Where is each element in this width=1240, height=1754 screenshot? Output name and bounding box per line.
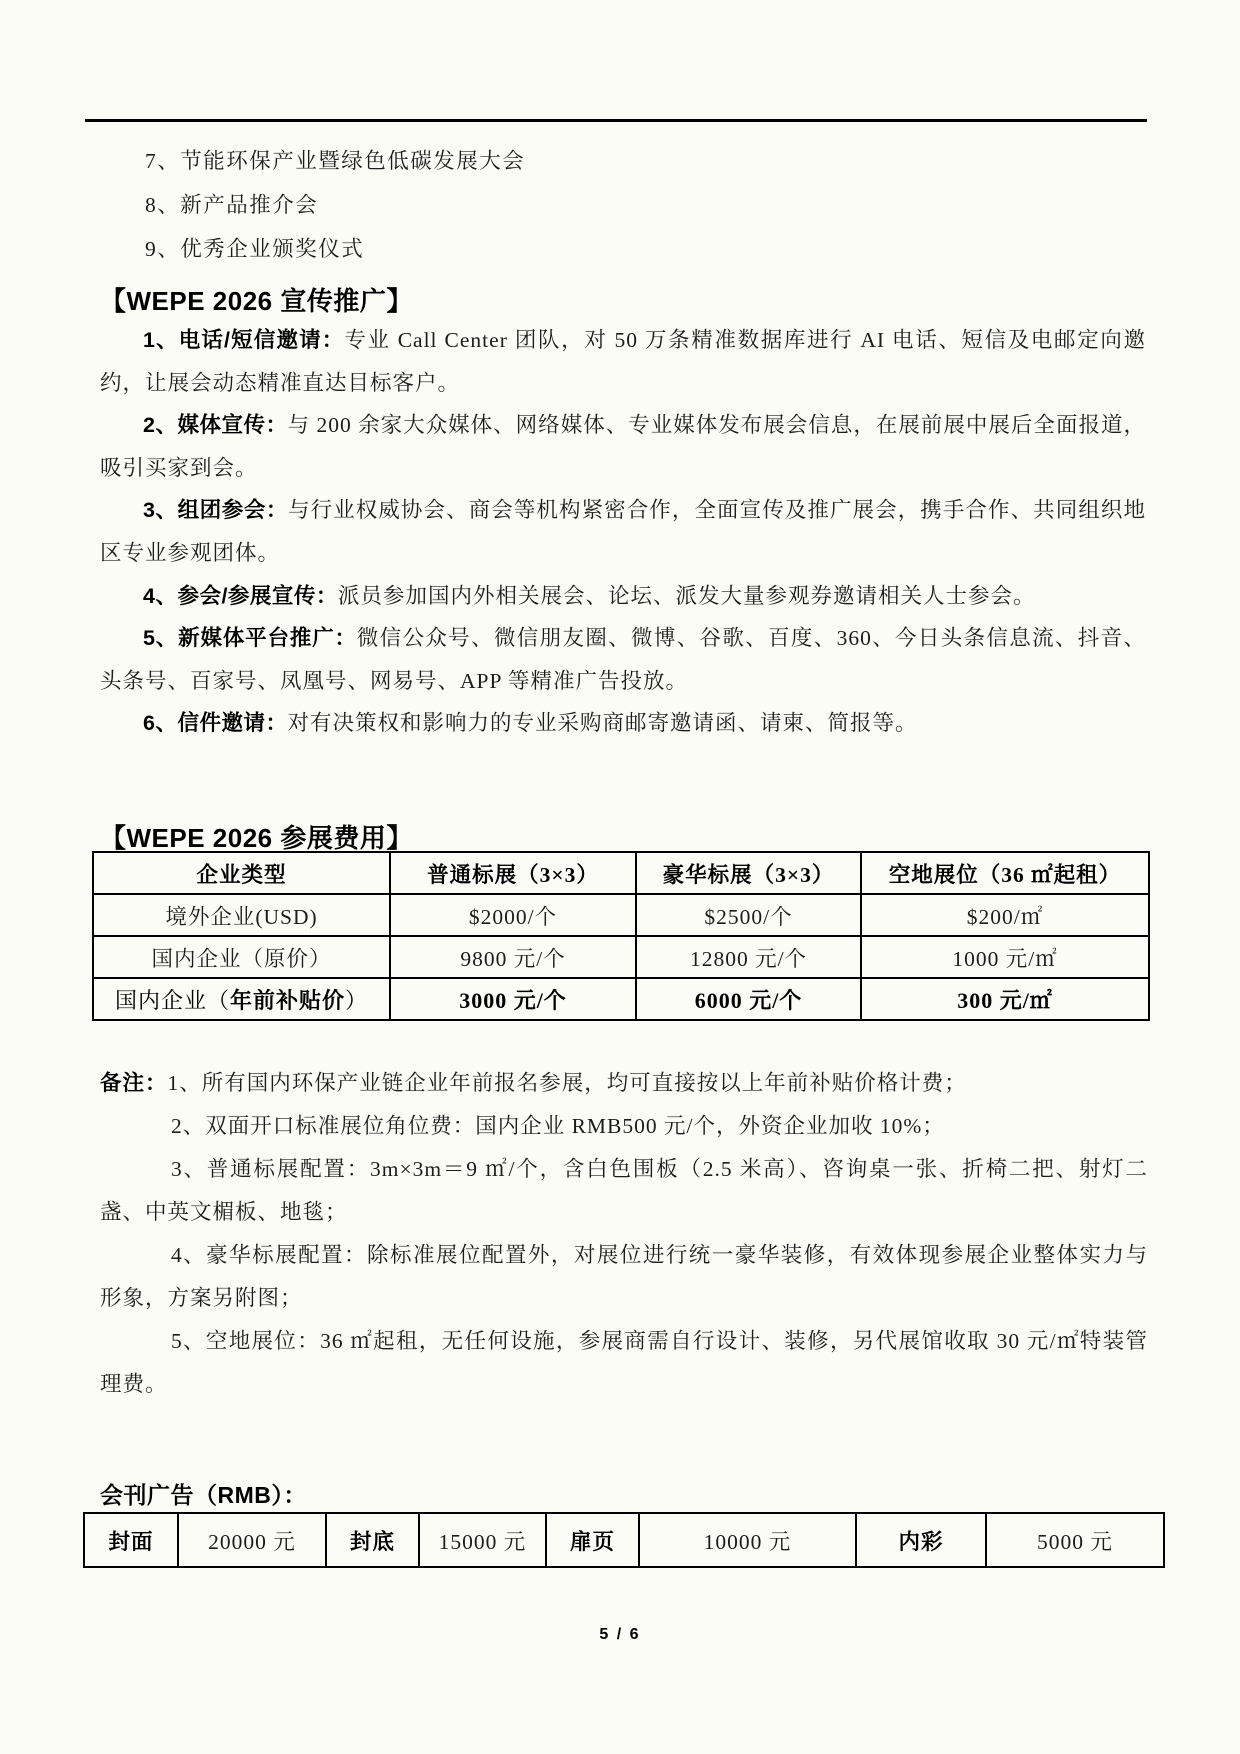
promotion-section-heading: 【WEPE 2026 宣传推广】 — [100, 281, 413, 318]
fee-table-cell: 1000 元/㎡ — [861, 936, 1149, 978]
fee-table-cell: $2500/个 — [636, 894, 861, 936]
subsidy-label-prefix: 国内企业（ — [115, 988, 230, 1013]
fee-table-header-cell: 普通标展（3×3） — [390, 852, 636, 894]
note-item: 备注：1、所有国内环保产业链企业年前报名参展，均可直接按以上年前补贴价格计费； — [100, 1062, 1148, 1105]
fee-table-cell: 6000 元/个 — [636, 978, 861, 1020]
promotion-item-label: 3、组团参会： — [143, 498, 288, 522]
promotion-item-label: 6、信件邀请： — [143, 711, 287, 735]
fee-table-cell: 300 元/㎡ — [861, 978, 1149, 1020]
note-item: 2、双面开口标准展位角位费：国内企业 RMB500 元/个，外资企业加收 10%… — [100, 1105, 1148, 1148]
promotion-item: 2、媒体宣传：与 200 余家大众媒体、网络媒体、专业媒体发布展会信息，在展前展… — [100, 404, 1146, 489]
promotion-item: 4、参会/参展宣传：派员参加国内外相关展会、论坛、派发大量参观券邀请相关人士参会… — [100, 575, 1146, 618]
notes-label: 备注： — [100, 1071, 168, 1095]
list-item: 9、优秀企业颁奖仪式 — [145, 227, 525, 271]
promotion-item-label: 2、媒体宣传： — [143, 413, 288, 437]
promotion-item: 1、电话/短信邀请：专业 Call Center 团队，对 50 万条精准数据库… — [100, 319, 1146, 404]
fee-table-row-overseas: 境外企业(USD) $2000/个 $2500/个 $200/㎡ — [93, 894, 1149, 936]
note-item: 3、普通标展配置：3m×3m＝9 ㎡/个，含白色围板（2.5 米高）、咨询桌一张… — [100, 1148, 1148, 1234]
journal-ad-price: 20000 元 — [178, 1513, 326, 1567]
promotion-item: 6、信件邀请：对有决策权和影响力的专业采购商邮寄邀请函、请柬、简报等。 — [100, 702, 1146, 745]
header-divider-rule — [85, 119, 1147, 122]
journal-ad-price: 5000 元 — [986, 1513, 1164, 1567]
page-number: 5 / 6 — [0, 1626, 1240, 1644]
fee-table-cell: $200/㎡ — [861, 894, 1149, 936]
fee-table-cell: 12800 元/个 — [636, 936, 861, 978]
note-item: 4、豪华标展配置：除标准展位配置外，对展位进行统一豪华装修，有效体现参展企业整体… — [100, 1234, 1148, 1320]
fee-table-header-row: 企业类型 普通标展（3×3） 豪华标展（3×3） 空地展位（36 ㎡起租） — [93, 852, 1149, 894]
journal-ad-label: 封底 — [326, 1513, 419, 1567]
promotion-item-label: 5、新媒体平台推广： — [143, 626, 357, 650]
promotion-item-text: 对有决策权和影响力的专业采购商邮寄邀请函、请柬、简报等。 — [287, 711, 917, 735]
conference-activities-list: 7、节能环保产业暨绿色低碳发展大会 8、新产品推介会 9、优秀企业颁奖仪式 — [145, 139, 525, 271]
fee-table-cell: 境外企业(USD) — [93, 894, 390, 936]
promotion-item-label: 1、电话/短信邀请： — [143, 328, 344, 352]
document-page: 7、节能环保产业暨绿色低碳发展大会 8、新产品推介会 9、优秀企业颁奖仪式 【W… — [0, 0, 1240, 1754]
note-item: 5、空地展位：36 ㎡起租，无任何设施，参展商需自行设计、装修，另代展馆收取 3… — [100, 1320, 1148, 1406]
fee-table-header-cell: 空地展位（36 ㎡起租） — [861, 852, 1149, 894]
note-text: 1、所有国内环保产业链企业年前报名参展，均可直接按以上年前补贴价格计费； — [168, 1071, 967, 1095]
fee-table-cell: 9800 元/个 — [390, 936, 636, 978]
fee-table-cell: 国内企业（年前补贴价） — [93, 978, 390, 1020]
exhibition-fee-table: 企业类型 普通标展（3×3） 豪华标展（3×3） 空地展位（36 ㎡起租） 境外… — [92, 851, 1150, 1021]
fee-table-cell: 国内企业（原价） — [93, 936, 390, 978]
journal-ad-price: 10000 元 — [639, 1513, 856, 1567]
fee-table-cell: $2000/个 — [390, 894, 636, 936]
journal-ads-heading: 会刊广告（RMB）： — [100, 1477, 307, 1510]
promotion-item-text: 派员参加国内外相关展会、论坛、派发大量参观券邀请相关人士参会。 — [338, 584, 1036, 608]
subsidy-label-bold: 年前补贴价 — [230, 988, 345, 1013]
fees-section-heading: 【WEPE 2026 参展费用】 — [100, 818, 413, 855]
fee-table-header-cell: 企业类型 — [93, 852, 390, 894]
journal-ad-label: 扉页 — [546, 1513, 639, 1567]
subsidy-label-suffix: ） — [345, 988, 368, 1013]
fee-table-row-domestic-subsidy: 国内企业（年前补贴价） 3000 元/个 6000 元/个 300 元/㎡ — [93, 978, 1149, 1020]
notes-section: 备注：1、所有国内环保产业链企业年前报名参展，均可直接按以上年前补贴价格计费； … — [100, 1062, 1148, 1406]
promotion-item: 3、组团参会：与行业权威协会、商会等机构紧密合作，全面宣传及推广展会，携手合作、… — [100, 489, 1146, 574]
journal-ad-row: 封面 20000 元 封底 15000 元 扉页 10000 元 内彩 5000… — [84, 1513, 1164, 1567]
list-item: 7、节能环保产业暨绿色低碳发展大会 — [145, 139, 525, 183]
journal-ad-price-table: 封面 20000 元 封底 15000 元 扉页 10000 元 内彩 5000… — [83, 1512, 1165, 1568]
promotion-paragraphs: 1、电话/短信邀请：专业 Call Center 团队，对 50 万条精准数据库… — [100, 319, 1146, 745]
promotion-item-label: 4、参会/参展宣传： — [143, 584, 338, 608]
fee-table-cell: 3000 元/个 — [390, 978, 636, 1020]
journal-ad-label: 封面 — [84, 1513, 178, 1567]
journal-ad-price: 15000 元 — [419, 1513, 546, 1567]
list-item: 8、新产品推介会 — [145, 183, 525, 227]
journal-ad-label: 内彩 — [856, 1513, 986, 1567]
fee-table-header-cell: 豪华标展（3×3） — [636, 852, 861, 894]
fee-table-row-domestic-original: 国内企业（原价） 9800 元/个 12800 元/个 1000 元/㎡ — [93, 936, 1149, 978]
promotion-item: 5、新媒体平台推广：微信公众号、微信朋友圈、微博、谷歌、百度、360、今日头条信… — [100, 617, 1146, 702]
